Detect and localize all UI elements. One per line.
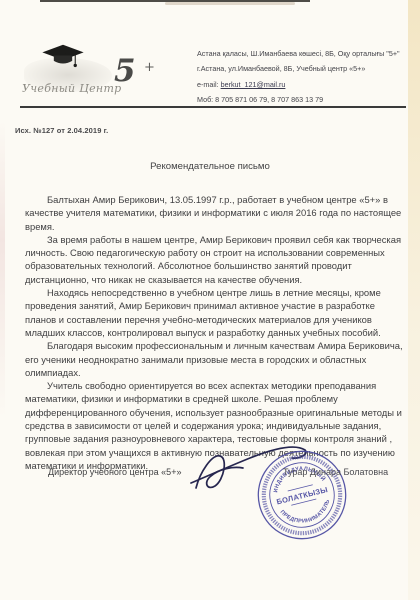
contact-address-russian: г.Астана, ул.Иманбаевой, 8Б, Учебный цен… bbox=[197, 61, 409, 76]
letter-title: Рекомендательное письмо bbox=[0, 161, 420, 172]
logo-plus-mark: + bbox=[144, 60, 155, 75]
paragraph-introduction: Балтыхан Амир Берикович, 13.05.1997 г.р.… bbox=[25, 193, 403, 233]
contact-address-kazakh: Астана қаласы, Ш.Иманбаева көшесі, 8Б, О… bbox=[197, 46, 409, 61]
outgoing-reference-number: Исх. №127 от 2.04.2019 г. bbox=[15, 126, 108, 135]
email-link[interactable]: berkut_121@mail.ru bbox=[221, 80, 286, 89]
stamp-center-text: БОЛАТКЫЗЫ bbox=[276, 485, 329, 506]
paragraph-summer-activity: Находясь непосредственно в учебном центр… bbox=[25, 286, 403, 339]
scan-artifact-smudge bbox=[165, 2, 295, 5]
graduation-cap-icon bbox=[40, 44, 86, 75]
letterhead-contact-block: Астана қаласы, Ш.Иманбаева көшесі, 8Б, О… bbox=[197, 46, 409, 108]
paragraph-olympiads: Благодаря высоким профессиональным и лич… bbox=[25, 339, 403, 379]
signer-position-label: Директор учебного центра «5+» bbox=[48, 467, 181, 477]
contact-email-row: e-mail: berkut_121@mail.ru bbox=[197, 77, 409, 92]
paragraph-creative-work: За время работы в нашем центре, Амир Бер… bbox=[25, 233, 403, 286]
scan-artifact-right-edge bbox=[408, 0, 420, 600]
email-label: e-mail: bbox=[197, 80, 221, 89]
letterhead-divider bbox=[20, 106, 406, 108]
scanned-letter-page: Учебный Центр 5 + Астана қаласы, Ш.Иманб… bbox=[0, 0, 420, 600]
letterhead-logo: Учебный Центр 5 + bbox=[22, 42, 172, 104]
signer-name: Турар Динара Болатовна bbox=[283, 467, 388, 477]
logo-five-mark: 5 bbox=[114, 56, 136, 87]
logo-brand-name: Учебный Центр bbox=[22, 82, 122, 95]
